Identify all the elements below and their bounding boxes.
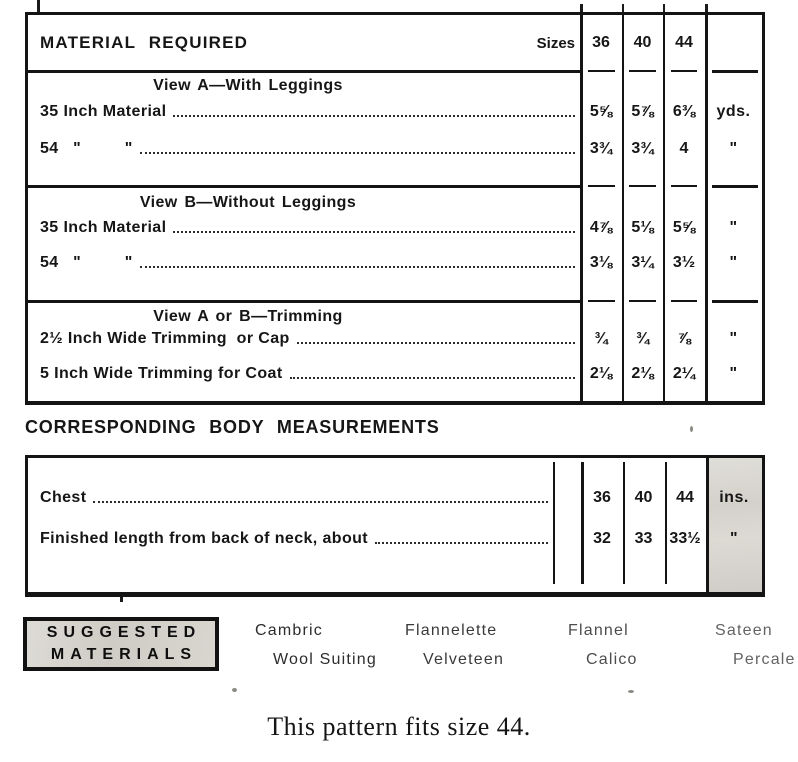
material-required-table: MATERIAL REQUIRED Sizes 36 40 44 View A—… <box>25 12 765 405</box>
dotted-leader <box>93 501 548 503</box>
unit-value: " <box>705 219 762 237</box>
material-name: Flannel <box>568 622 638 640</box>
table-row: Chest 36 40 44 ins. <box>28 486 762 510</box>
table-header-row: MATERIAL REQUIRED Sizes 36 40 44 <box>28 31 762 55</box>
row-label: 54 " " <box>40 254 133 272</box>
column-divider <box>665 462 667 584</box>
table-row: 54 " " 3¾ 3¾ 4 " <box>28 137 762 161</box>
table-row: 5 Inch Wide Trimming for Coat 2⅛ 2⅛ 2¼ " <box>28 362 762 386</box>
yardage-value: 3½ <box>663 254 705 272</box>
yardage-value: ⅞ <box>663 330 705 348</box>
yardage-value: 6⅜ <box>663 103 705 121</box>
dotted-leader <box>140 152 575 154</box>
dotted-leader <box>375 542 548 544</box>
dotted-leader <box>173 115 575 117</box>
yardage-value: 3⅛ <box>580 254 622 272</box>
unit-value: " <box>705 365 762 383</box>
row-label: 2½ Inch Wide Trimming or Cap <box>40 330 290 348</box>
material-name: Cambric <box>255 622 377 640</box>
unit-value: yds. <box>705 103 762 121</box>
materials-column: Flannel Calico <box>568 622 638 669</box>
dotted-leader <box>297 342 575 344</box>
body-measurements-table: Chest 36 40 44 ins. Finished length from… <box>25 455 765 597</box>
row-label: 35 Inch Material <box>40 219 166 237</box>
suggested-materials-badge: SUGGESTED MATERIALS <box>23 617 219 671</box>
badge-line-1: SUGGESTED <box>41 622 201 644</box>
yardage-value: ¾ <box>580 330 622 348</box>
scan-shading <box>709 458 762 592</box>
row-label: Chest <box>40 489 86 507</box>
dotted-leader <box>140 266 575 268</box>
measurement-value: 40 <box>623 489 664 507</box>
measurement-value: 33 <box>623 530 664 548</box>
material-name: Sateen <box>715 622 796 640</box>
row-label: Finished length from back of neck, about <box>40 530 368 548</box>
material-name: Percale <box>715 651 796 669</box>
size-column-header: 36 <box>580 34 622 52</box>
pattern-size-caption: This pattern fits size 44. <box>0 712 798 742</box>
yardage-value: 2⅛ <box>580 365 622 383</box>
dotted-leader <box>290 377 575 379</box>
material-name: Wool Suiting <box>255 651 377 669</box>
measurement-value: 36 <box>581 489 623 507</box>
body-measurements-heading: CORRESPONDING BODY MEASUREMENTS <box>25 417 440 438</box>
section-heading-view-b: View B—Without Leggings <box>28 194 468 212</box>
column-divider <box>623 462 625 584</box>
materials-column: Cambric Wool Suiting <box>255 622 377 669</box>
table-row: Finished length from back of neck, about… <box>28 527 762 551</box>
table-row: 35 Inch Material 5⅝ 5⅞ 6⅜ yds. <box>28 100 762 124</box>
table-row: 2½ Inch Wide Trimming or Cap ¾ ¾ ⅞ " <box>28 327 762 351</box>
materials-column: Sateen Percale <box>715 622 796 669</box>
yardage-value: 4⅞ <box>580 219 622 237</box>
unit-value: " <box>705 254 762 272</box>
materials-column: Flannelette Velveteen <box>405 622 504 669</box>
yardage-value: ¾ <box>622 330 663 348</box>
scanned-pattern-chart-page: MATERIAL REQUIRED Sizes 36 40 44 View A—… <box>0 0 798 762</box>
yardage-value: 3¼ <box>622 254 663 272</box>
column-divider <box>706 458 709 592</box>
yardage-value: 3¾ <box>622 140 663 158</box>
unit-value: ins. <box>706 489 762 507</box>
table-row: 54 " " 3⅛ 3¼ 3½ " <box>28 251 762 275</box>
measurement-value: 33½ <box>664 530 706 548</box>
section-heading-view-a: View A—With Leggings <box>28 77 468 95</box>
yardage-value: 5⅛ <box>622 219 663 237</box>
table-title: MATERIAL REQUIRED <box>40 33 248 53</box>
scan-speck <box>690 426 693 432</box>
unit-value: " <box>705 140 762 158</box>
size-column-header: 44 <box>663 34 705 52</box>
material-name: Calico <box>568 651 638 669</box>
table-row: 35 Inch Material 4⅞ 5⅛ 5⅝ " <box>28 216 762 240</box>
dotted-leader <box>173 231 575 233</box>
material-name: Velveteen <box>405 651 504 669</box>
section-heading-trimming: View A or B—Trimming <box>28 308 468 326</box>
row-label: 54 " " <box>40 140 133 158</box>
yardage-value: 3¾ <box>580 140 622 158</box>
sizes-label: Sizes <box>537 35 580 52</box>
yardage-value: 5⅞ <box>622 103 663 121</box>
yardage-value: 5⅝ <box>663 219 705 237</box>
yardage-value: 5⅝ <box>580 103 622 121</box>
scan-speck <box>232 688 237 692</box>
unit-value: " <box>706 530 762 548</box>
yardage-value: 2¼ <box>663 365 705 383</box>
unit-value: " <box>705 330 762 348</box>
measurement-value: 32 <box>581 530 623 548</box>
row-label: 5 Inch Wide Trimming for Coat <box>40 365 283 383</box>
badge-line-2: MATERIALS <box>45 644 197 666</box>
column-divider <box>553 462 555 584</box>
material-name: Flannelette <box>405 622 504 640</box>
column-divider <box>581 462 584 584</box>
yardage-value: 4 <box>663 140 705 158</box>
row-label: 35 Inch Material <box>40 103 166 121</box>
yardage-value: 2⅛ <box>622 365 663 383</box>
size-column-header: 40 <box>622 34 663 52</box>
scan-speck <box>628 690 634 693</box>
measurement-value: 44 <box>664 489 706 507</box>
